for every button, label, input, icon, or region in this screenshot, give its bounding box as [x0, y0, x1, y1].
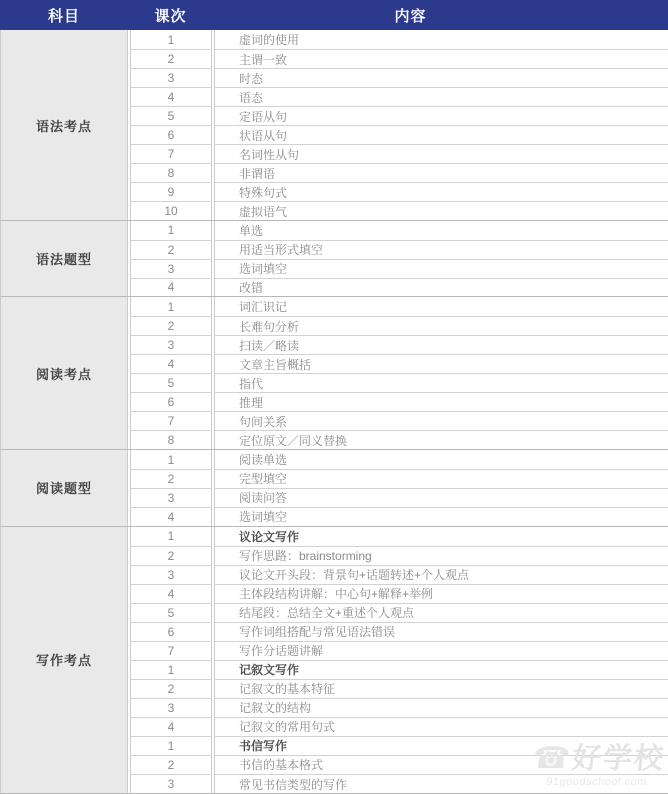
lesson-content: 虚词的使用 — [214, 30, 668, 49]
lesson-number: 4 — [130, 584, 212, 603]
lesson-content: 时态 — [214, 68, 668, 87]
subject-label: 阅读题型 — [36, 478, 92, 497]
section-reading-points: 阅读考点 1词汇识记 2长难句分析 3扫读／略读 4文章主旨概括 5指代 6推理… — [0, 297, 668, 450]
table-row: 2写作思路：brainstorming — [128, 546, 668, 565]
lesson-number: 3 — [130, 488, 212, 507]
lesson-content: 特殊句式 — [214, 182, 668, 201]
section-grammar-question-types: 语法题型 1单选 2用适当形式填空 3选词填空 4改错 — [0, 221, 668, 297]
lesson-content: 指代 — [214, 373, 668, 392]
lesson-content: 阅读问答 — [214, 488, 668, 507]
lesson-content: 写作词组搭配与常见语法错误 — [214, 622, 668, 641]
table-row: 4选词填空 — [128, 507, 668, 526]
lesson-number: 5 — [130, 106, 212, 125]
lesson-content: 文章主旨概括 — [214, 354, 668, 373]
table-row: 8定位原文／同义替换 — [128, 430, 668, 449]
table-row: 3常见书信类型的写作 — [128, 774, 668, 793]
lesson-content: 长难句分析 — [214, 316, 668, 335]
lesson-content: 选词填空 — [214, 507, 668, 526]
lesson-content: 语态 — [214, 87, 668, 106]
lesson-content: 常见书信类型的写作 — [214, 774, 668, 793]
section-reading-question-types: 阅读题型 1阅读单选 2完型填空 3阅读问答 4选词填空 — [0, 450, 668, 526]
lesson-number: 9 — [130, 182, 212, 201]
lesson-number: 1 — [130, 660, 212, 679]
table-row: 3议论文开头段：背景句+话题转述+个人观点 — [128, 565, 668, 584]
table-row: 2完型填空 — [128, 469, 668, 488]
lesson-content: 扫读／略读 — [214, 335, 668, 354]
lesson-number: 2 — [130, 240, 212, 259]
lesson-number: 4 — [130, 507, 212, 526]
section-writing-points: 写作考点 1议论文写作 2写作思路：brainstorming 3议论文开头段：… — [0, 527, 668, 794]
section-grammar-points: 语法考点 1虚词的使用 2主谓一致 3时态 4语态 5定语从句 6状语从句 7名… — [0, 30, 668, 221]
lesson-number: 2 — [130, 546, 212, 565]
column-header-content: 内容 — [213, 0, 668, 30]
table-row: 1虚词的使用 — [128, 30, 668, 49]
section-rows: 1单选 2用适当形式填空 3选词填空 4改错 — [128, 221, 668, 296]
table-row: 9特殊句式 — [128, 182, 668, 201]
lesson-content: 推理 — [214, 392, 668, 411]
table-row: 5结尾段：总结全文+重述个人观点 — [128, 603, 668, 622]
table-row: 1阅读单选 — [128, 450, 668, 469]
lesson-content: 结尾段：总结全文+重述个人观点 — [214, 603, 668, 622]
table-row: 3选词填空 — [128, 259, 668, 278]
lesson-number: 3 — [130, 259, 212, 278]
table-row: 6推理 — [128, 392, 668, 411]
table-row: 5指代 — [128, 373, 668, 392]
lesson-content: 议论文写作 — [214, 527, 668, 546]
lesson-number: 7 — [130, 411, 212, 430]
lesson-content: 用适当形式填空 — [214, 240, 668, 259]
lesson-number: 6 — [130, 392, 212, 411]
lesson-content: 完型填空 — [214, 469, 668, 488]
table-row: 4语态 — [128, 87, 668, 106]
lesson-content: 虚拟语气 — [214, 201, 668, 220]
lesson-number: 3 — [130, 565, 212, 584]
lesson-number: 4 — [130, 87, 212, 106]
table-row: 2长难句分析 — [128, 316, 668, 335]
lesson-content: 记叙文的常用句式 — [214, 717, 668, 736]
lesson-number: 4 — [130, 354, 212, 373]
table-row: 1单选 — [128, 221, 668, 240]
table-row: 1词汇识记 — [128, 297, 668, 316]
table-row: 3阅读问答 — [128, 488, 668, 507]
lesson-content: 书信的基本格式 — [214, 755, 668, 774]
lesson-content: 改错 — [214, 278, 668, 297]
table-row: 5定语从句 — [128, 106, 668, 125]
lesson-number: 3 — [130, 68, 212, 87]
lesson-content: 名词性从句 — [214, 144, 668, 163]
lesson-number: 2 — [130, 469, 212, 488]
table-row: 7句间关系 — [128, 411, 668, 430]
table-row: 2书信的基本格式 — [128, 755, 668, 774]
lesson-number: 2 — [130, 679, 212, 698]
lesson-content: 写作分话题讲解 — [214, 641, 668, 660]
subject-cell: 阅读题型 — [1, 450, 128, 525]
column-header-lesson: 课次 — [128, 0, 213, 30]
lesson-content: 阅读单选 — [214, 450, 668, 469]
table-row: 3记叙文的结构 — [128, 698, 668, 717]
table-row: 2主谓一致 — [128, 49, 668, 68]
column-header-subject: 科目 — [0, 0, 128, 30]
lesson-content: 议论文开头段：背景句+话题转述+个人观点 — [214, 565, 668, 584]
table-row: 6写作词组搭配与常见语法错误 — [128, 622, 668, 641]
lesson-number: 5 — [130, 373, 212, 392]
lesson-content: 定位原文／同义替换 — [214, 430, 668, 449]
lesson-content: 主体段结构讲解：中心句+解释+举例 — [214, 584, 668, 603]
table-row: 8非谓语 — [128, 163, 668, 182]
lesson-number: 3 — [130, 335, 212, 354]
lesson-number: 8 — [130, 163, 212, 182]
table-header: 科目 课次 内容 — [0, 0, 668, 30]
table-row: 4主体段结构讲解：中心句+解释+举例 — [128, 584, 668, 603]
subject-label: 阅读考点 — [36, 364, 92, 383]
lesson-content: 记叙文写作 — [214, 660, 668, 679]
lesson-number: 3 — [130, 698, 212, 717]
section-rows: 1词汇识记 2长难句分析 3扫读／略读 4文章主旨概括 5指代 6推理 7句间关… — [128, 297, 668, 449]
section-rows: 1虚词的使用 2主谓一致 3时态 4语态 5定语从句 6状语从句 7名词性从句 … — [128, 30, 668, 220]
table-row: 7名词性从句 — [128, 144, 668, 163]
lesson-number: 4 — [130, 717, 212, 736]
lesson-content: 单选 — [214, 221, 668, 240]
lesson-number: 2 — [130, 49, 212, 68]
table-row: 2用适当形式填空 — [128, 240, 668, 259]
lesson-number: 6 — [130, 125, 212, 144]
table-row: 6状语从句 — [128, 125, 668, 144]
lesson-content: 选词填空 — [214, 259, 668, 278]
table-row: 10虚拟语气 — [128, 201, 668, 220]
lesson-content: 写作思路：brainstorming — [214, 546, 668, 565]
lesson-number: 5 — [130, 603, 212, 622]
table-body: 语法考点 1虚词的使用 2主谓一致 3时态 4语态 5定语从句 6状语从句 7名… — [0, 30, 668, 794]
table-row: 1书信写作 — [128, 736, 668, 755]
table-row: 1记叙文写作 — [128, 660, 668, 679]
table-row: 7写作分话题讲解 — [128, 641, 668, 660]
lesson-number: 4 — [130, 278, 212, 297]
lesson-content: 词汇识记 — [214, 297, 668, 316]
section-rows: 1议论文写作 2写作思路：brainstorming 3议论文开头段：背景句+话… — [128, 527, 668, 793]
table-row: 4改错 — [128, 278, 668, 297]
lesson-number: 1 — [130, 527, 212, 546]
lesson-number: 2 — [130, 316, 212, 335]
table-row: 3扫读／略读 — [128, 335, 668, 354]
subject-cell: 阅读考点 — [1, 297, 128, 449]
lesson-content: 记叙文的基本特征 — [214, 679, 668, 698]
lesson-number: 1 — [130, 221, 212, 240]
table-row: 4文章主旨概括 — [128, 354, 668, 373]
subject-cell: 写作考点 — [1, 527, 128, 793]
lesson-number: 1 — [130, 297, 212, 316]
lesson-number: 3 — [130, 774, 212, 793]
lesson-content: 记叙文的结构 — [214, 698, 668, 717]
lesson-number: 10 — [130, 201, 212, 220]
subject-label: 语法题型 — [36, 249, 92, 268]
lesson-number: 6 — [130, 622, 212, 641]
subject-label: 写作考点 — [36, 650, 92, 669]
lesson-number: 8 — [130, 430, 212, 449]
section-rows: 1阅读单选 2完型填空 3阅读问答 4选词填空 — [128, 450, 668, 525]
lesson-number: 1 — [130, 30, 212, 49]
lesson-content: 定语从句 — [214, 106, 668, 125]
table-row: 2记叙文的基本特征 — [128, 679, 668, 698]
subject-cell: 语法题型 — [1, 221, 128, 296]
lesson-content: 状语从句 — [214, 125, 668, 144]
lesson-content: 句间关系 — [214, 411, 668, 430]
lesson-number: 2 — [130, 755, 212, 774]
lesson-number: 7 — [130, 641, 212, 660]
lesson-content: 书信写作 — [214, 736, 668, 755]
lesson-number: 7 — [130, 144, 212, 163]
lesson-number: 1 — [130, 450, 212, 469]
lesson-content: 主谓一致 — [214, 49, 668, 68]
lesson-number: 1 — [130, 736, 212, 755]
table-row: 1议论文写作 — [128, 527, 668, 546]
curriculum-table-screenshot: 科目 课次 内容 语法考点 1虚词的使用 2主谓一致 3时态 4语态 5定语从句… — [0, 0, 668, 794]
subject-cell: 语法考点 — [1, 30, 128, 220]
subject-label: 语法考点 — [36, 116, 92, 135]
table-row: 3时态 — [128, 68, 668, 87]
table-row: 4记叙文的常用句式 — [128, 717, 668, 736]
lesson-content: 非谓语 — [214, 163, 668, 182]
